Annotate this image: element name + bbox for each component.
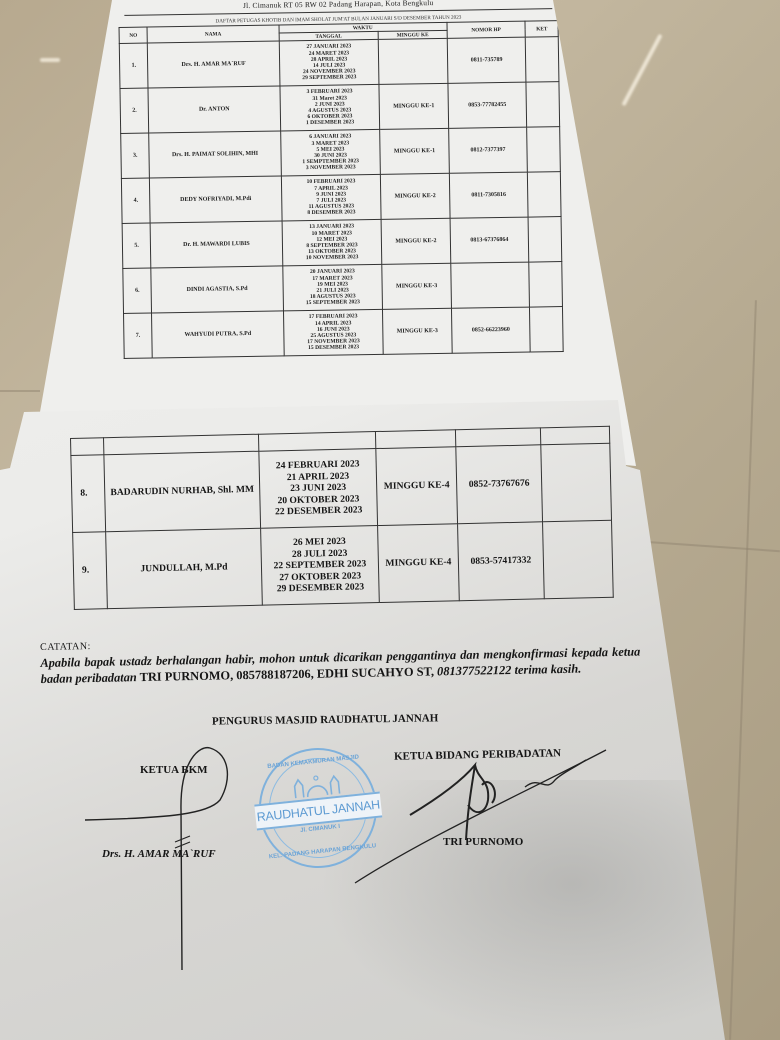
row-number: 7. [124,313,153,358]
week-of-month: MINGGU KE-3 [382,263,451,309]
week-of-month: MINGGU KE-2 [381,173,450,219]
floor-tile-seam [0,390,40,392]
schedule-date: 8 DESEMBER 2023 [284,209,379,217]
col-header-ket: KET [525,21,558,38]
officer-name: Drs. H. AMAR MA`RUF [148,41,280,88]
remarks [528,172,561,218]
table-row: 5.Dr. H. MAWARDI LUBIS13 JANUARI 202310 … [122,217,562,269]
note-text-closing: 081377522122 terima kasih. [437,662,581,679]
remarks [528,217,561,263]
letterhead: BADAN KEMAKMURAN MASJID Jl. Cimanuk RT 0… [118,0,558,12]
table-row: 8.BADARUDIN NURHAB, Shl. MM24 FEBRUARI 2… [71,443,612,532]
remarks [543,520,614,599]
week-of-month: MINGGU KE-4 [378,524,460,603]
floor-reflection [621,34,662,107]
schedule-dates: 13 JANUARI 202310 MARET 202312 MEI 20238… [282,219,382,266]
week-of-month [379,38,448,84]
page-1-content: BADAN KEMAKMURAN MASJID Jl. Cimanuk RT 0… [118,0,564,359]
row-number: 9. [73,532,108,610]
officer-name: BADARUDIN NURHAB, Shl. MM [104,451,261,531]
schedule-table: NO NAMA WAKTU NOMOR HP KET TANGGAL MINGG… [119,20,564,359]
schedule-rows: 1.Drs. H. AMAR MA`RUF27 JANUARI 202324 M… [119,37,563,359]
schedule-table-continued: 8.BADARUDIN NURHAB, Shl. MM24 FEBRUARI 2… [70,426,614,610]
remarks [530,307,563,353]
week-of-month: MINGGU KE-4 [376,447,458,526]
schedule-date: 3 NOVEMBER 2023 [283,164,378,172]
col-header-no: NO [119,27,148,43]
week-of-month: MINGGU KE-1 [379,83,448,129]
row-number: 1. [119,43,148,88]
schedule-date: 1 DESEMBER 2023 [283,119,378,127]
note-section: CATATAN: Apabila bapak ustadz berhalanga… [40,630,641,687]
schedule-dates: 26 MEI 202328 JULI 202322 SEPTEMBER 2023… [261,526,380,606]
week-of-month: MINGGU KE-1 [380,128,449,174]
page-2-content: 8.BADARUDIN NURHAB, Shl. MM24 FEBRUARI 2… [70,426,614,610]
row-number: 3. [121,133,150,178]
week-of-month: MINGGU KE-3 [383,308,452,354]
phone-number: 0852-66223960 [451,307,530,353]
schedule-dates: 6 JANUARI 20233 MARET 20235 MEI 202330 J… [280,129,380,176]
phone-number: 0812-7377397 [448,127,527,173]
document-page-1: BADAN KEMAKMURAN MASJID Jl. Cimanuk RT 0… [0,0,780,470]
row-number: 6. [123,268,152,313]
schedule-dates: 24 FEBRUARI 202321 APRIL 202323 JUNI 202… [259,449,378,529]
table-row: 7.WAHYUDI PUTRA, S.Pd17 FEBRUARI 202314 … [124,307,564,359]
officer-name: Drs. H. PAIMAT SOLIHIN, MHI [149,131,281,178]
table-row: 6.DINDI AGASTIA, S.Pd20 JANUARI 202317 M… [123,262,563,314]
col-header-nomor-hp: NOMOR HP [447,21,526,38]
note-text-contacts: TRI PURNOMO, 085788187206, EDHI SUCAHYO … [139,664,434,684]
phone-number: 0853-77782455 [448,82,527,128]
phone-number: 0811-7305816 [449,172,528,218]
phone-number: 0852-73767676 [456,445,543,524]
table-row: 9.JUNDULLAH, M.Pd26 MEI 202328 JULI 2023… [73,520,614,609]
schedule-date: 29 DESEMBER 2023 [264,581,376,595]
schedule-dates: 27 JANUARI 202324 MARET 202328 APRIL 202… [279,39,379,86]
schedule-dates: 10 FEBRUARI 20237 APRIL 20239 JUNI 20237… [281,174,381,221]
phone-number [450,262,529,308]
row-number: 5. [122,223,151,268]
table-row: 3.Drs. H. PAIMAT SOLIHIN, MHI6 JANUARI 2… [121,127,561,179]
phone-number: 0811-735789 [447,37,526,83]
phone-number: 0853-57417332 [458,522,545,601]
table-row: 1.Drs. H. AMAR MA`RUF27 JANUARI 202324 M… [119,37,559,89]
remarks [526,82,559,128]
row-number: 2. [120,88,149,133]
remarks [526,37,559,83]
row-number: 8. [71,455,106,533]
schedule-date: 15 SEPTEMBER 2023 [285,299,380,307]
officer-name: DEDY NOFRIYADI, M.Pdi [150,176,282,223]
schedule-dates: 3 FEBRUARI 202331 Maret 20232 JUNI 20234… [280,84,380,131]
schedule-date: 10 NOVEMBER 2023 [285,254,380,262]
schedule-date: 29 SEPTEMBER 2023 [282,74,377,82]
floor-tile-seam [630,540,780,552]
officer-name: Dr. H. MAWARDI LUBIS [150,221,282,268]
remarks [541,443,612,522]
schedule-date: 15 DESEMBER 2023 [286,344,381,352]
phone-number: 0813-67376864 [450,217,529,263]
table-row: 4.DEDY NOFRIYADI, M.Pdi10 FEBRUARI 20237… [121,172,561,224]
schedule-date: 22 DESEMBER 2023 [263,504,375,518]
schedule-rows-continued: 8.BADARUDIN NURHAB, Shl. MM24 FEBRUARI 2… [71,426,614,609]
week-of-month: MINGGU KE-2 [381,218,450,264]
right-signature-icon [350,745,610,885]
committee-title: PENGURUS MASJID RAUDHATUL JANNAH [212,712,438,727]
left-signature-icon [80,740,230,940]
floor-reflection [40,58,60,62]
floor-tile-seam [729,300,757,1040]
schedule-dates: 17 FEBRUARI 202314 APRIL 202316 JUNI 202… [283,309,383,356]
remarks [529,262,562,308]
remarks [527,127,560,173]
schedule-dates: 20 JANUARI 202317 MARET 202319 MEI 20232… [282,264,382,311]
officer-name: Dr. ANTON [148,86,280,133]
officer-name: DINDI AGASTIA, S.Pd [151,266,283,313]
officer-name: WAHYUDI PUTRA, S.Pd [152,311,284,358]
row-number: 4. [121,178,150,223]
officer-name: JUNDULLAH, M.Pd [106,528,263,608]
organization-address: Jl. Cimanuk RT 05 RW 02 Padang Harapan, … [118,0,558,12]
table-row: 2.Dr. ANTON3 FEBRUARI 202331 Maret 20232… [120,82,560,134]
